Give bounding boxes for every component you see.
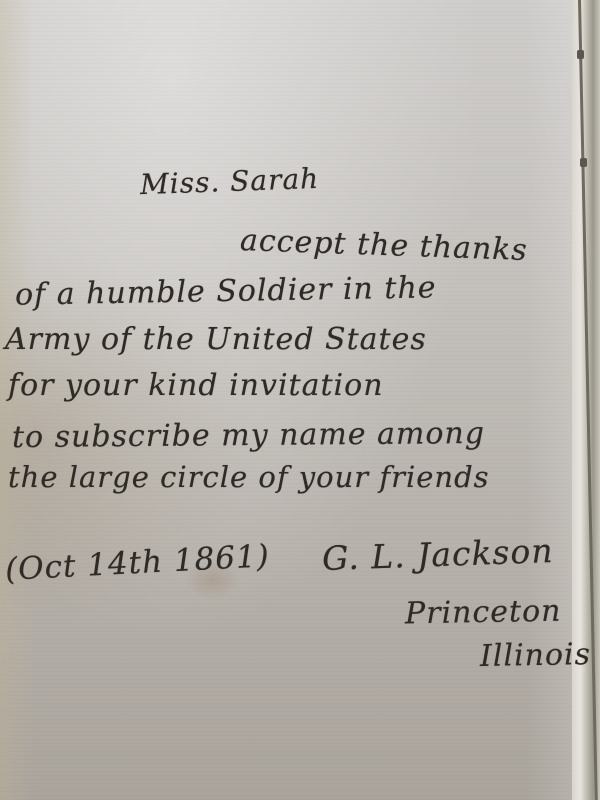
- body-line: the large circle of your friends: [8, 460, 490, 494]
- body-line: for your kind invitation: [8, 368, 384, 403]
- body-line: to subscribe my name among: [12, 416, 485, 455]
- photo-frame: Miss. Sarah accept the thanks of a humbl…: [0, 0, 600, 800]
- body-line: of a humble Soldier in the: [15, 270, 437, 312]
- salutation: Miss. Sarah: [139, 162, 319, 201]
- body-line: Army of the United States: [5, 322, 427, 357]
- place-state: Illinois: [480, 637, 592, 674]
- binding-stitch-icon: [577, 50, 584, 59]
- place-town: Princeton: [405, 594, 562, 632]
- signature: G. L. Jackson: [321, 531, 554, 578]
- binding-stitch-icon: [580, 158, 587, 167]
